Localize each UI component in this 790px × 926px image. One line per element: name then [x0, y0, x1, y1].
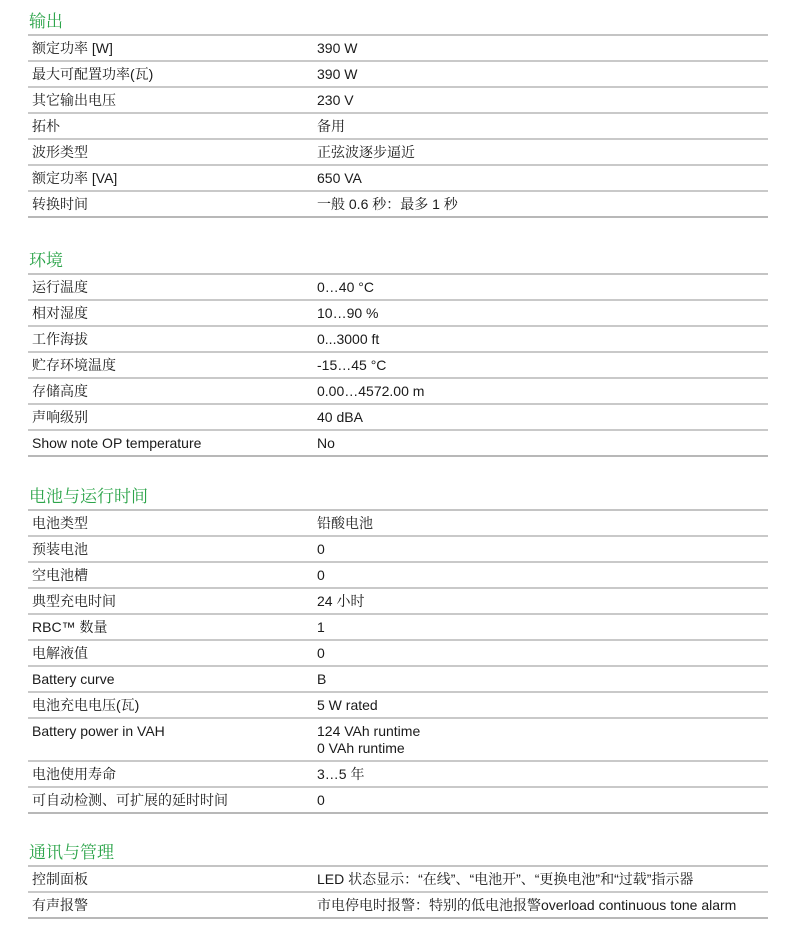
spec-table-output: 额定功率 [W] 390 W 最大可配置功率(瓦) 390 W 其它输出电压 2… — [28, 34, 768, 218]
spec-value: 390 W — [313, 40, 768, 57]
spec-label: 波形类型 — [28, 144, 313, 161]
spec-value: 10…90 % — [313, 305, 768, 322]
spec-label: 有声报警 — [28, 897, 313, 914]
spec-label: 相对湿度 — [28, 305, 313, 322]
spec-value: LED 状态显示：“在线”、“电池开”、“更换电池”和“过载”指示器 — [313, 871, 768, 888]
spec-value: 0 — [313, 792, 768, 809]
table-row: 有声报警 市电停电时报警：特别的低电池报警overload continuous… — [28, 893, 768, 919]
spec-value: 0 — [313, 541, 768, 558]
table-row: Battery curve B — [28, 667, 768, 693]
spec-value-multiline: 124 VAh runtime 0 VAh runtime — [313, 723, 768, 757]
section-output: 输出 额定功率 [W] 390 W 最大可配置功率(瓦) 390 W 其它输出电… — [28, 10, 768, 218]
spec-value: 1 — [313, 619, 768, 636]
section-title-output: 输出 — [28, 10, 768, 34]
spec-value: 230 V — [313, 92, 768, 109]
table-row: 额定功率 [W] 390 W — [28, 36, 768, 62]
table-row: 电池使用寿命 3…5 年 — [28, 762, 768, 788]
table-row: 最大可配置功率(瓦) 390 W — [28, 62, 768, 88]
spec-label: 其它输出电压 — [28, 92, 313, 109]
spec-value: 备用 — [313, 118, 768, 135]
table-row: 电池充电电压(瓦) 5 W rated — [28, 693, 768, 719]
spec-value: 3…5 年 — [313, 766, 768, 783]
table-row: 贮存环境温度 -15…45 °C — [28, 353, 768, 379]
spec-label: 工作海拔 — [28, 331, 313, 348]
spec-value: 40 dBA — [313, 409, 768, 426]
table-row: 拓朴 备用 — [28, 114, 768, 140]
table-row: 额定功率 [VA] 650 VA — [28, 166, 768, 192]
spec-value-line: 124 VAh runtime — [317, 723, 768, 740]
spec-value: 390 W — [313, 66, 768, 83]
table-row: 转换时间 一般 0.6 秒：最多 1 秒 — [28, 192, 768, 218]
section-environment: 环境 运行温度 0…40 °C 相对湿度 10…90 % 工作海拔 0...30… — [28, 249, 768, 457]
table-row: 电池类型 铅酸电池 — [28, 511, 768, 537]
spec-table-battery-runtime: 电池类型 铅酸电池 预装电池 0 空电池槽 0 典型充电时间 24 小时 RBC… — [28, 509, 768, 814]
table-row: RBC™ 数量 1 — [28, 615, 768, 641]
spec-label: 预装电池 — [28, 541, 313, 558]
table-row: 其它输出电压 230 V — [28, 88, 768, 114]
spec-label: 电解液值 — [28, 645, 313, 662]
spec-label: Battery curve — [28, 671, 313, 688]
section-title-battery-runtime: 电池与运行时间 — [28, 485, 768, 509]
spec-label: 运行温度 — [28, 279, 313, 296]
spec-label: RBC™ 数量 — [28, 619, 313, 636]
spec-value: 0 — [313, 645, 768, 662]
spec-label: 最大可配置功率(瓦) — [28, 66, 313, 83]
spec-label: 典型充电时间 — [28, 593, 313, 610]
section-title-communication-management: 通讯与管理 — [28, 841, 768, 865]
spec-value: 0…40 °C — [313, 279, 768, 296]
spec-table-communication-management: 控制面板 LED 状态显示：“在线”、“电池开”、“更换电池”和“过载”指示器 … — [28, 865, 768, 919]
spec-value: B — [313, 671, 768, 688]
table-row: 可自动检测、可扩展的延时时间 0 — [28, 788, 768, 814]
table-row: Battery power in VAH 124 VAh runtime 0 V… — [28, 719, 768, 762]
spec-label: 控制面板 — [28, 871, 313, 888]
spec-label: 电池使用寿命 — [28, 766, 313, 783]
table-row: 存储高度 0.00…4572.00 m — [28, 379, 768, 405]
spec-label: 可自动检测、可扩展的延时时间 — [28, 792, 313, 809]
spec-value: 650 VA — [313, 170, 768, 187]
spec-value: 铅酸电池 — [313, 515, 768, 532]
spec-label: 额定功率 [VA] — [28, 170, 313, 187]
table-row: 运行温度 0…40 °C — [28, 275, 768, 301]
section-battery-runtime: 电池与运行时间 电池类型 铅酸电池 预装电池 0 空电池槽 0 典型充电时间 2… — [28, 485, 768, 814]
table-row: 空电池槽 0 — [28, 563, 768, 589]
spec-label: 贮存环境温度 — [28, 357, 313, 374]
table-row: Show note OP temperature No — [28, 431, 768, 457]
table-row: 控制面板 LED 状态显示：“在线”、“电池开”、“更换电池”和“过载”指示器 — [28, 867, 768, 893]
spec-value: No — [313, 435, 768, 452]
table-row: 工作海拔 0...3000 ft — [28, 327, 768, 353]
spec-value: 正弦波逐步逼近 — [313, 144, 768, 161]
section-communication-management: 通讯与管理 控制面板 LED 状态显示：“在线”、“电池开”、“更换电池”和“过… — [28, 841, 768, 919]
table-row: 声响级别 40 dBA — [28, 405, 768, 431]
spec-value: 0...3000 ft — [313, 331, 768, 348]
table-row: 预装电池 0 — [28, 537, 768, 563]
spec-value-line: 0 VAh runtime — [317, 740, 768, 757]
table-row: 相对湿度 10…90 % — [28, 301, 768, 327]
spec-value: 0.00…4572.00 m — [313, 383, 768, 400]
table-row: 波形类型 正弦波逐步逼近 — [28, 140, 768, 166]
spec-label: Battery power in VAH — [28, 723, 313, 757]
spec-label: 额定功率 [W] — [28, 40, 313, 57]
spec-label: 空电池槽 — [28, 567, 313, 584]
spec-label: 电池充电电压(瓦) — [28, 697, 313, 714]
spec-label: 转换时间 — [28, 196, 313, 213]
spec-table-environment: 运行温度 0…40 °C 相对湿度 10…90 % 工作海拔 0...3000 … — [28, 273, 768, 457]
spec-label: 声响级别 — [28, 409, 313, 426]
spec-value: 24 小时 — [313, 593, 768, 610]
spec-value: 一般 0.6 秒：最多 1 秒 — [313, 196, 768, 213]
spec-label: 电池类型 — [28, 515, 313, 532]
spec-label: 存储高度 — [28, 383, 313, 400]
spec-label: 拓朴 — [28, 118, 313, 135]
table-row: 电解液值 0 — [28, 641, 768, 667]
spec-value: 市电停电时报警：特别的低电池报警overload continuous tone… — [313, 897, 768, 914]
spec-value: -15…45 °C — [313, 357, 768, 374]
spec-label: Show note OP temperature — [28, 435, 313, 452]
section-title-environment: 环境 — [28, 249, 768, 273]
spec-value: 5 W rated — [313, 697, 768, 714]
table-row: 典型充电时间 24 小时 — [28, 589, 768, 615]
spec-value: 0 — [313, 567, 768, 584]
